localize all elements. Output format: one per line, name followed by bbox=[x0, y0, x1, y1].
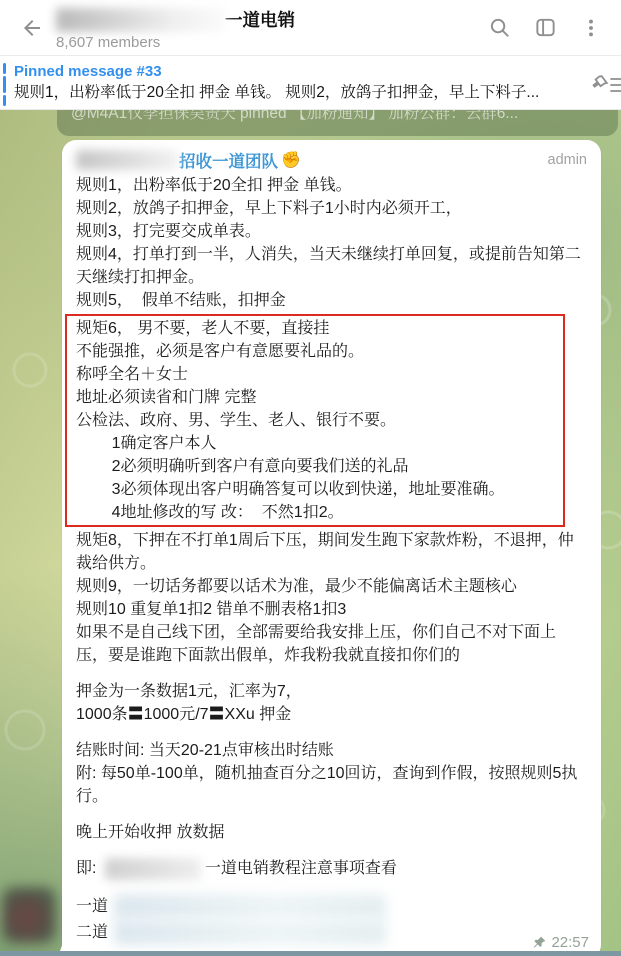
message-line: 1确定客户本人 bbox=[76, 432, 559, 455]
pinned-indicator bbox=[3, 63, 6, 106]
shortcut-prefix: 即: bbox=[76, 857, 101, 880]
message-line: 晚上开始收押 放数据 bbox=[76, 821, 587, 844]
message-line: 1000条〓1000元/7〓XXu 押金 bbox=[76, 703, 587, 726]
member-count: 8,607 members bbox=[56, 34, 479, 51]
sidebar-panel-icon bbox=[534, 16, 557, 39]
message-line: 规则2，放鸽子扣押金，早上下料子1小时内必须开工， bbox=[76, 197, 587, 220]
message-line: 规则10 重复单1扣2 错单不删表格1扣3 bbox=[76, 598, 587, 621]
pinned-list-button[interactable] bbox=[591, 72, 621, 102]
message-line: 规则3，打完要交成单表。 bbox=[76, 220, 587, 243]
message-time: 22:57 bbox=[551, 934, 589, 951]
fist-emoji-icon: ✊ bbox=[281, 150, 301, 170]
composer-edge bbox=[0, 951, 621, 956]
message-line: 称呼全名＋女士 bbox=[76, 363, 559, 386]
back-button[interactable] bbox=[12, 8, 52, 48]
message-line: 如果不是自己线下团，全部需要给我安排上压，你们自己不对下面上压，要是谁跑下面款出… bbox=[76, 621, 587, 667]
message-line bbox=[76, 667, 587, 680]
message-bubble: 招收一道团队 ✊ admin 规则1，出粉率低于20全扣 押金 单钱。规则2，放… bbox=[62, 140, 601, 951]
redacted-channel-link bbox=[114, 894, 386, 919]
channel-row: 一道 bbox=[76, 893, 587, 919]
message-line: 公检法、政府、男、学生、老人、银行不要。 bbox=[76, 409, 559, 432]
redacted-handle bbox=[105, 858, 201, 880]
admin-badge: admin bbox=[548, 152, 588, 168]
shortcut-suffix: 一道电销教程注意事项查看 bbox=[205, 857, 397, 880]
channel-row: 二道 bbox=[76, 919, 587, 945]
pin-icon bbox=[532, 935, 547, 950]
message-footer: 22:57 bbox=[532, 934, 589, 951]
channel-label: 二道 bbox=[76, 921, 108, 944]
pinned-preview: 规则1，出粉率低于20全扣 押金 单钱。 规则2，放鸽子扣押金，早上下料子... bbox=[14, 82, 587, 104]
message-line: 规则1，出粉率低于20全扣 押金 单钱。 bbox=[76, 174, 587, 197]
message-line: 3必须体现出客户明确答复可以收到快递，地址要准确。 bbox=[76, 478, 559, 501]
pinned-label: Pinned message #33 bbox=[14, 62, 587, 82]
bubble-tail bbox=[53, 940, 63, 951]
chat-title: 一道电销 bbox=[225, 7, 295, 32]
channel-label: 一道 bbox=[76, 895, 108, 918]
redacted-sender-prefix bbox=[76, 150, 178, 170]
pinned-message-bar[interactable]: Pinned message #33 规则1，出粉率低于20全扣 押金 单钱。 … bbox=[0, 56, 621, 110]
chat-title-row[interactable]: 一道电销 bbox=[56, 7, 479, 33]
red-annotation-box: 规矩6， 男不要，老人不要，直接挂不能强推，必须是客户有意愿要礼品的。称呼全名＋… bbox=[65, 314, 565, 527]
message-line: 规则5， 假单不结账，扣押金 bbox=[76, 289, 587, 312]
message-line: 2必须明确听到客户有意向要我们送的礼品 bbox=[76, 455, 559, 478]
shortcut-line: 即: 一道电销教程注意事项查看 bbox=[76, 857, 587, 880]
sender-avatar[interactable] bbox=[2, 887, 56, 943]
message-line: 押金为一条数据1元，汇率为7， bbox=[76, 680, 587, 703]
back-arrow-icon bbox=[20, 16, 44, 40]
split-view-button[interactable] bbox=[525, 8, 565, 48]
redacted-channel-link bbox=[114, 920, 386, 945]
service-message-text: @M4A1仅李担保吴贵天 pinned 【加粉通知】 加粉公群：云群6... bbox=[57, 110, 618, 127]
menu-button[interactable] bbox=[571, 8, 611, 48]
service-message-banner[interactable]: @M4A1仅李担保吴贵天 pinned 【加粉通知】 加粉公群：云群6... bbox=[57, 110, 618, 136]
message-line: 规矩6， 男不要，老人不要，直接挂 bbox=[76, 317, 559, 340]
message-line: 结账时间: 当天20-21点审核出时结账 bbox=[76, 739, 587, 762]
search-button[interactable] bbox=[479, 8, 519, 48]
message-line: 不能强推，必须是客户有意愿要礼品的。 bbox=[76, 340, 559, 363]
message-line bbox=[76, 808, 587, 821]
sender-name[interactable]: 招收一道团队 bbox=[179, 148, 278, 172]
more-vertical-icon bbox=[580, 17, 602, 39]
message-line: 附: 每50单-100单，随机抽查百分之10回访，查询到作假，按照规则5执行。 bbox=[76, 762, 587, 808]
pinned-list-icon bbox=[591, 72, 621, 100]
chat-header: 一道电销 8,607 members bbox=[0, 0, 621, 56]
message-line bbox=[76, 844, 587, 857]
chat-area: @M4A1仅李担保吴贵天 pinned 【加粉通知】 加粉公群：云群6... 招… bbox=[0, 110, 621, 951]
rules-top: 规则1，出粉率低于20全扣 押金 单钱。规则2，放鸽子扣押金，早上下料子1小时内… bbox=[76, 174, 587, 312]
message-line: 地址必须读省和门牌 完整 bbox=[76, 386, 559, 409]
message-line: 规则4，打单打到一半，人消失，当天未继续打单回复，或提前告知第二天继续打扣押金。 bbox=[76, 243, 587, 289]
message-line: 4地址修改的写 改： 不然1扣2。 bbox=[76, 501, 559, 524]
rules-boxed: 规矩6， 男不要，老人不要，直接挂不能强推，必须是客户有意愿要礼品的。称呼全名＋… bbox=[76, 317, 559, 524]
search-icon bbox=[488, 16, 511, 39]
message-line: 规则9，一切话务都要以话术为准，最少不能偏离话术主题核心 bbox=[76, 575, 587, 598]
message-body: 规则1，出粉率低于20全扣 押金 单钱。规则2，放鸽子扣押金，早上下料子1小时内… bbox=[76, 174, 587, 945]
redacted-title-prefix bbox=[56, 8, 224, 32]
message-line: 规矩8，下押在不打单1周后下压，期间发生跑下家款炸粉，不退押，仲裁给供方。 bbox=[76, 529, 587, 575]
rules-bottom: 规矩8，下押在不打单1周后下压，期间发生跑下家款炸粉，不退押，仲裁给供方。规则9… bbox=[76, 529, 587, 857]
message-line bbox=[76, 726, 587, 739]
